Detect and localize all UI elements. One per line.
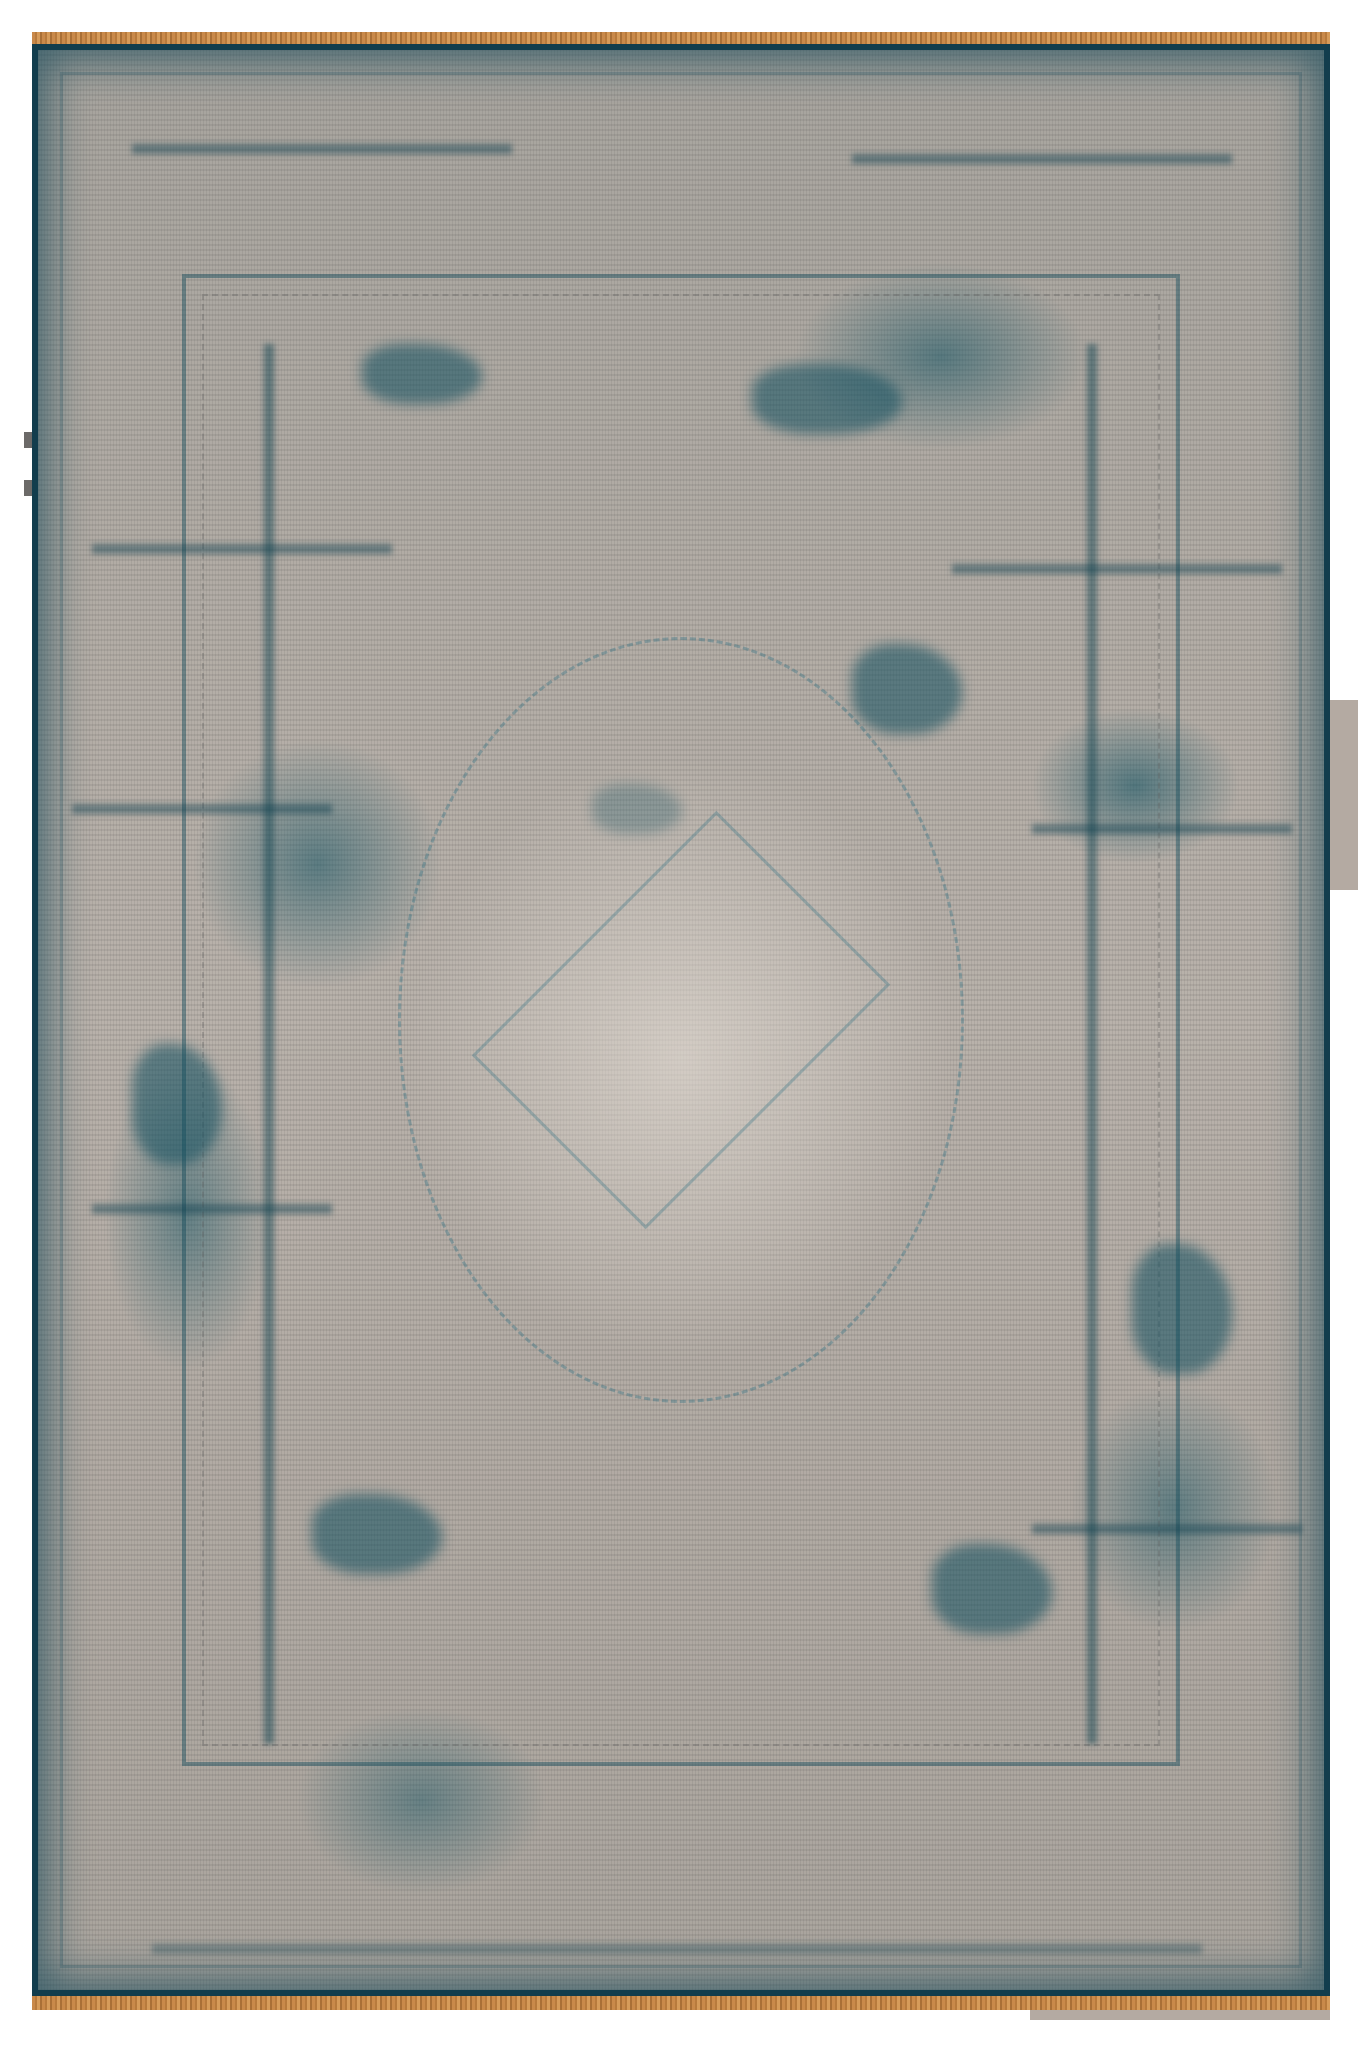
dye-patch (592, 784, 682, 834)
dye-patch (132, 1044, 222, 1164)
dye-streak-vertical (264, 344, 274, 1744)
rug (32, 32, 1330, 2010)
dye-streak (132, 144, 512, 154)
backdrop-strip-bottom (1030, 2010, 1330, 2020)
dye-streak (92, 544, 392, 554)
dye-streak (152, 1944, 1202, 1954)
rug-field (32, 44, 1330, 1996)
dye-patch (1132, 1244, 1232, 1374)
dye-patch (752, 364, 902, 434)
backdrop-tab-left-1 (24, 432, 32, 448)
dye-streak (92, 1204, 332, 1214)
dye-patch (312, 1494, 442, 1574)
backdrop-tab-left-2 (24, 480, 32, 496)
dye-patch (852, 644, 962, 734)
dye-streak (1032, 824, 1292, 834)
dye-streak (852, 154, 1232, 164)
dye-streak (952, 564, 1282, 574)
product-photo (0, 0, 1365, 2048)
dye-streak (1032, 1524, 1302, 1534)
dye-patch (932, 1544, 1052, 1634)
rug-fringe-bottom (32, 1996, 1330, 2010)
dye-streak-vertical (1087, 344, 1097, 1744)
dye-patch (362, 344, 482, 404)
dye-streak (72, 804, 332, 814)
